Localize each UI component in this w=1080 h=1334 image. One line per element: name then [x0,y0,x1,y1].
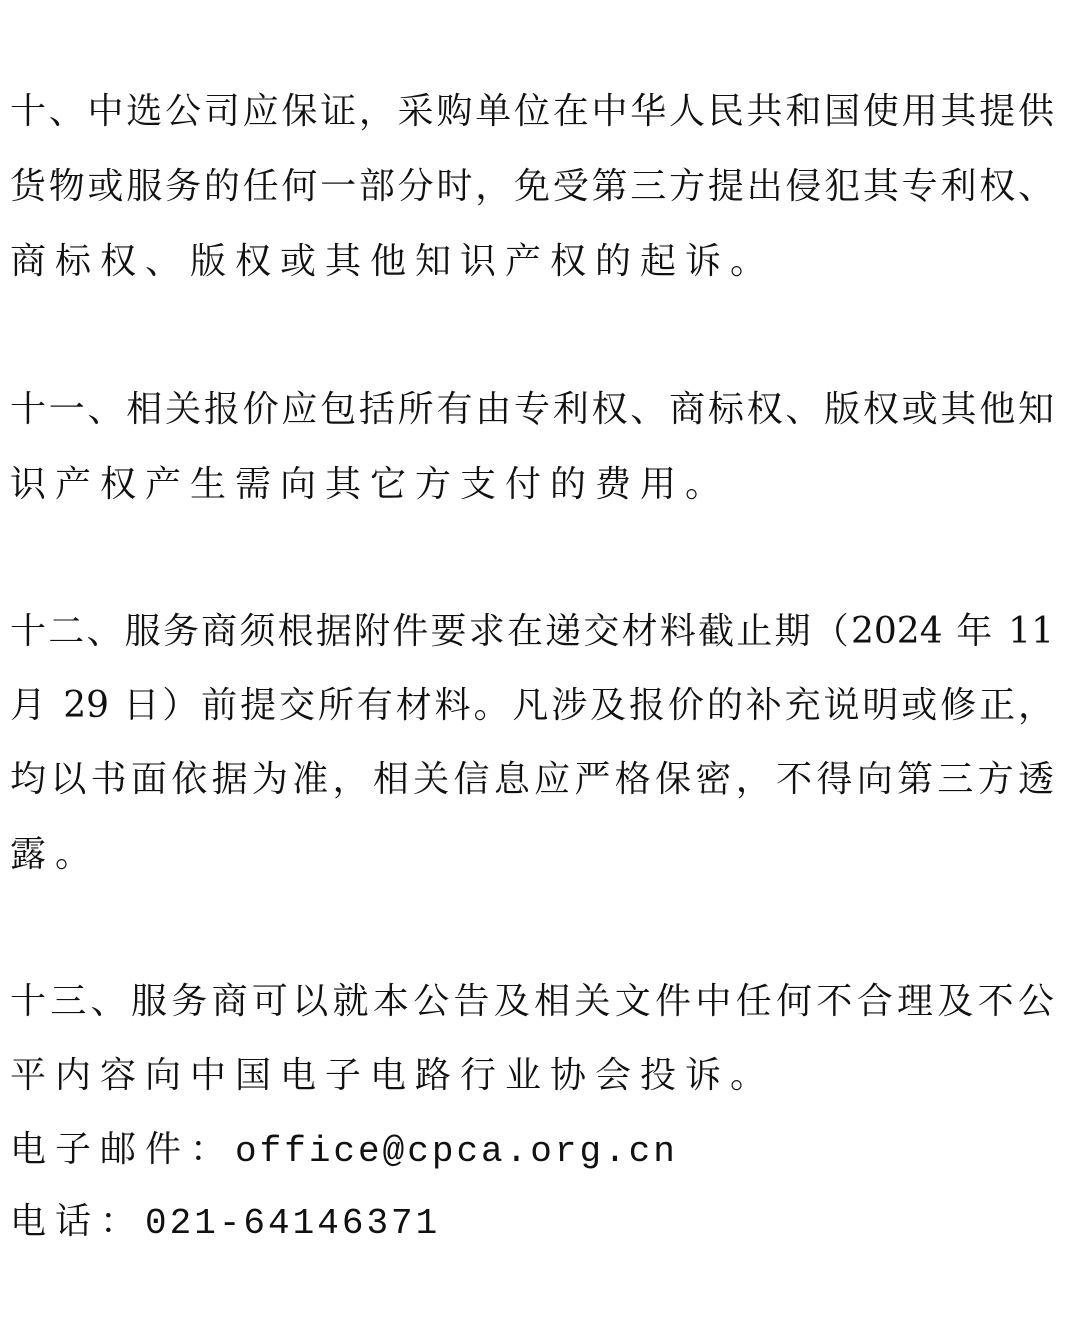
clause-12-line-1: 十二、服务商须根据附件要求在递交材料截止期（2024 年 11 [10,602,1054,662]
clause-13-line-2: 平内容向中国电子电路行业协会投诉。 [10,1046,1054,1106]
clause-12-line-2: 月 29 日）前提交所有材料。凡涉及报价的补充说明或修正， [10,676,1054,736]
email-line: 电子邮件：office@cpca.org.cn [10,1120,1054,1180]
clause-12-line-3: 均以书面依据为准，相关信息应严格保密，不得向第三方透 [10,750,1054,810]
clause-10-line-3: 商标权、版权或其他知识产权的起诉。 [10,232,1054,292]
clause-11-line-1: 十一、相关报价应包括所有由专利权、商标权、版权或其他知 [10,380,1054,440]
phone-line: 电话：021-64146371 [10,1192,1054,1252]
phone-number: 021-64146371 [145,1203,440,1244]
clause-13-line-1: 十三、服务商可以就本公告及相关文件中任何不合理及不公 [10,972,1054,1032]
clause-10-line-2: 货物或服务的任何一部分时，免受第三方提出侵犯其专利权、 [10,157,1054,217]
phone-label: 电话： [10,1201,145,1242]
email-label: 电子邮件： [10,1129,235,1170]
clause-11-line-2: 识产权产生需向其它方支付的费用。 [10,455,1054,515]
clause-12-line-4: 露。 [10,825,1054,885]
clause-10-line-1: 十、中选公司应保证，采购单位在中华人民共和国使用其提供 [10,82,1054,142]
email-link[interactable]: office@cpca.org.cn [235,1131,678,1172]
